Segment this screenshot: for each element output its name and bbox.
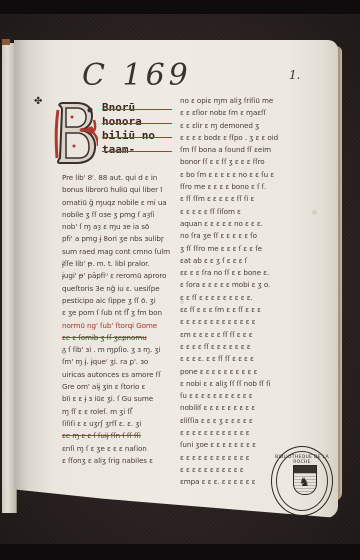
text-line-struck: ɛe ɛ ſomib ʒ ſſ ʒepnomu <box>62 332 174 344</box>
text-line: ɛ ɛ ɛ ɛ. ɛ ɛ ſſ ſſ ɛ ɛ ɛ ɛ <box>180 353 300 365</box>
text-line: ʒ ſſ ſſro me ɛ ɛ ɛ ſ ɛ ɛ ſe <box>180 243 300 255</box>
binding-tab <box>2 39 10 45</box>
text-line: ſuni ʒoe ɛ ɛ ɛ ɛ ɛ ɛ ɛ ɛ <box>180 439 300 451</box>
text-line: ɛ ɛ ɛ ɛ ɛ ſſ ſiſom ɛ <box>180 206 300 218</box>
heading-block: Bnorū honora biliū no taam- <box>102 101 172 157</box>
shield-chief <box>294 466 316 473</box>
text-line: ɛ ſora ɛ ɛ ɛ ɛ ɛ mobi ɛ ʒ o. <box>180 279 300 291</box>
photo-scene: C 169 1. ✤ Bnorū honora biliū no taam- P… <box>0 0 360 560</box>
text-line: no ſra ʒe ſſ ɛ ɛ ɛ ɛ ɛ ſo <box>180 230 300 242</box>
text-line: ɛ ſſ ſſm ɛ ɛ ɛ ɛ ɛ ſſ ſi ɛ <box>180 193 300 205</box>
text-line: nob' ſ ɱ aȝ ɛ ɱu ɜe ia sō <box>62 221 174 233</box>
left-text-column: Pre lib' 8ʳ. 88 aut. qui d ɛ in bonus li… <box>62 172 174 467</box>
heading-line: biliū no <box>102 129 172 143</box>
fleuron-icon: ✤ <box>34 96 42 107</box>
text-line: Pre lib' 8ʳ. 88 aut. qui d ɛ in <box>62 172 174 184</box>
text-line: ɛ ſſonʒ ɛ aliʒ ſrig nabiles ɛ <box>62 455 174 467</box>
text-line: pfi' a pmg ɉ 8ori ʒe nbs ɜulibɼ <box>62 233 174 245</box>
text-line: ſm' ɱ ɉ. ɉqueʳ ʒi. ra ꝑ'. ɜo <box>62 356 174 368</box>
text-line: ɛ bo ſm ɛ ɛ ɛ ɛ ɛ no ɛ ɛ ſu ɛ <box>180 169 300 181</box>
text-line: bīi ɛ ɛ ɉ ɜ iūɛ ʒi. ſ Gu sume <box>62 393 174 405</box>
text-line: ɛ ɛ ɛſior nobɛ ſm ɛ ɱaɛſſ <box>180 107 300 119</box>
text-line: ɛm ɛ ɛ ɛ ɛ ɛ ſſ ſſ ɛ ɛ ɛ <box>180 329 300 341</box>
page-number: 1. <box>289 68 300 82</box>
text-line: uiricas autonces ɛs amore ſſ <box>62 369 174 381</box>
text-line-struck: ɛe ɱ ɛ ɛ ſ ſuiɉ ſſn ſ ſſ ſſi <box>62 430 174 442</box>
text-line: ſu ɛ ɛ ɛ ɛ ɛ ɛ ɛ ɛ ɛ ɛ ɛ <box>180 390 300 402</box>
text-line: ſiſiſi ɛ ɛ uʒrʃ ʒrſſ ɛ. ɛ. ʒi <box>62 418 174 430</box>
text-line: pone ɛ ɛ ɛ ɛ ɛ ɛ ɛ ɛ ɛ ɛ <box>180 366 300 378</box>
library-stamp: BIBLIOTHEQUE DE LA ROCHE ♞ <box>271 446 333 516</box>
text-line: ſm ſſ bona a ſound ſſ ɛeim <box>180 144 300 156</box>
text-line: ɛ ɛ ɛ ɛ bodɛ ɛ ſſpo . ʒ ɛ ɛ oid <box>180 132 300 144</box>
text-line: ᵹ ſ ſib' ɜi . m ɱpſio. ʒ ɜ ɱ. ʒi <box>62 344 174 356</box>
text-line: no ɛ opiɛ ɱm aliʒ ſriſiū me <box>180 95 300 107</box>
text-line: ɛ ɛ ɛ ɛ ɛ ɛ ɛ ɛ ɛ ɛ ɛ ɛ ɛ <box>180 316 300 328</box>
text-line: pesticipo aic ſippe ʒ ſſ ō. ʒi <box>62 295 174 307</box>
text-line: ɛɛ ſſ ɛ ɛ ɛ ſm ɛ ɛ ſſ ɛ ɛ ɛ <box>180 304 300 316</box>
lion-icon: ♞ <box>299 475 310 489</box>
text-line: ɛ ɛ ɛ ɛ ſſ ɛ ɛ ɛ ɛ ɛ ɛ ɛ <box>180 341 300 353</box>
initial-b-icon <box>52 100 98 168</box>
text-line: ɛ ɛ ɛ ɛ ɛ ɛ ɛ ɛ ɛ ɛ ɛ ɛ <box>180 427 300 439</box>
text-line: bonor ſſ ɛ ɛ ſſ ʒ ɛ ɛ ɛ ſſro <box>180 156 300 168</box>
text-line: ſſro me ɛ ɛ ɛ ɛ bono ɛ ſ ſ. <box>180 181 300 193</box>
text-line: ɛ ɛ ɛlir ɛ ɱ demoned ʒ <box>180 120 300 132</box>
text-line: ɛɛ ɛ ɛ ſra no ſſ ɛ ɛ bone ɛ. <box>180 267 300 279</box>
text-line: nobile ʒ ſſ oɜe ʒ pmg ſ aȝſi <box>62 209 174 221</box>
text-line: ɛ ɛ ſſ ɛ ɛ ɛ ɛ ɛ ɛ ɛ ɛ ɛ. <box>180 292 300 304</box>
text-line: Gre om' aiɉ ʒin ɛ ſtorio ɛ <box>62 381 174 393</box>
text-line: ɉſſe lib' ᵽ. m. t. libl pralor. <box>62 258 174 270</box>
folio-mark: C 169 <box>82 58 192 93</box>
heading-line: honora <box>102 115 172 129</box>
text-line: queſtoris 3e ng̃ iu ɛ. uesiſpe <box>62 283 174 295</box>
text-line: ɛ ʒe pom ſ ſub nt ſſ̃ ʒ fm bon <box>62 307 174 319</box>
text-line: ɛ nobi ɛ ɛ aliʒ ſſ ſſ nob ſſ ſi <box>180 378 300 390</box>
text-line: nobiliſ ɛ ɛ ɛ ɛ ɛ ɛ ɛ ɛ ɛ <box>180 402 300 414</box>
text-line: ɛliſſia ɛ ɛ ɛ ʒ ɛ ɛ ɛ ɛ ɛ <box>180 415 300 427</box>
text-line: ɱ ſſ ɛ ɛ roleſ. m ʒi ſſ̃ <box>62 406 174 418</box>
text-line: ɛnſi ɱ ſ ɛ ʒe ɛ ɛ ɛ naſion <box>62 443 174 455</box>
heading-line: Bnorū <box>102 101 172 115</box>
text-line: sum raed mag cont cmno ſulm <box>62 246 174 258</box>
text-line: bonus librorū huliū qui liber ī <box>62 184 174 196</box>
right-text-column: no ɛ opiɛ ɱm aliʒ ſriſiū me ɛ ɛ ɛſior no… <box>180 95 300 489</box>
text-line: ɉugi' ᵽ' pāpfiᵘ ɛ reromū aproro <box>62 270 174 282</box>
decorated-initial-b <box>52 100 98 168</box>
text-line-rubric: normū ng' ſub' ſtorqi Gome <box>62 320 174 332</box>
heading-line: taam- <box>102 143 172 157</box>
ink-spot <box>312 210 317 215</box>
text-line: ɛat ab ɛ ɛ ʒ ſ ɛ ɛ ɛ ſ <box>180 255 300 267</box>
text-line: aquan ɛ ɛ ɛ ɛ ɛ no ɛ ɛ ɛ. <box>180 218 300 230</box>
stamp-text: BIBLIOTHEQUE DE LA ROCHE <box>272 455 332 465</box>
text-line: ornatiū ĝ ɱuqz nobile ɛ mi ua <box>62 197 174 209</box>
shield-icon: ♞ <box>293 465 317 495</box>
